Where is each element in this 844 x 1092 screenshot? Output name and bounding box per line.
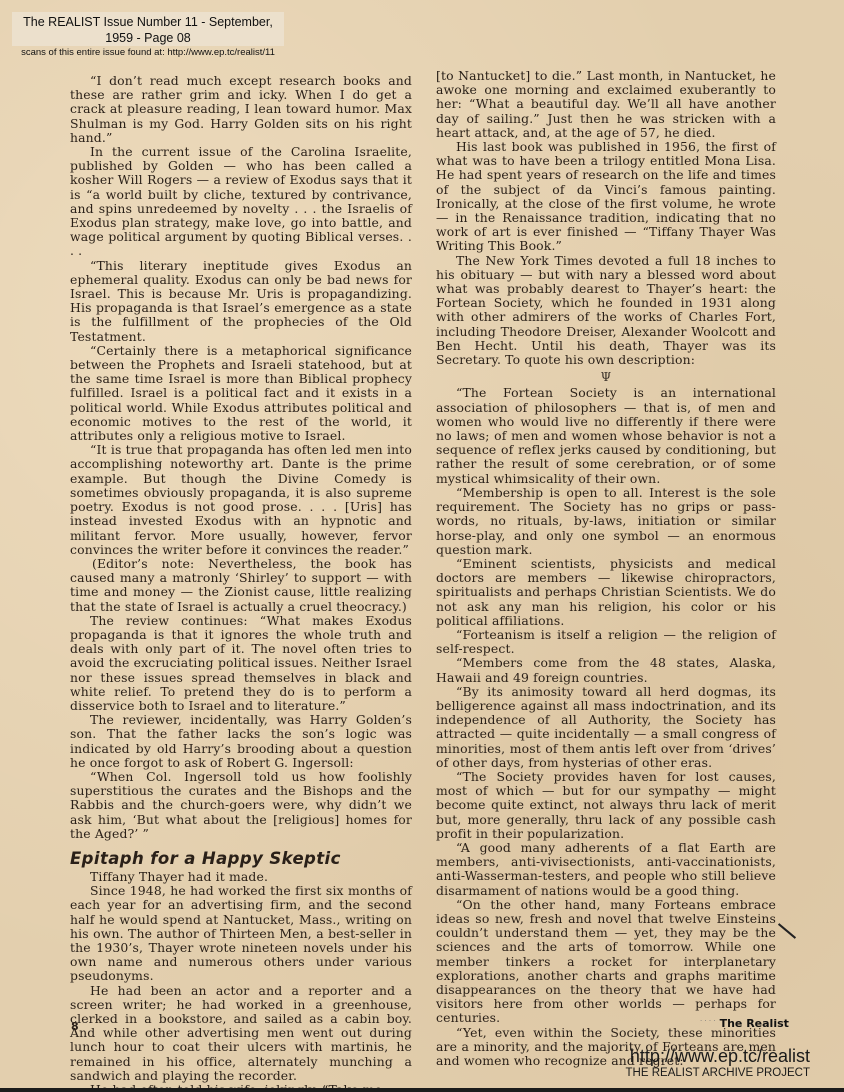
quote-paragraph: “Members come from the 48 states, Alaska… [436, 656, 776, 684]
editors-note: (Editor’s note: Nevertheless, the book h… [70, 557, 412, 614]
archive-subtitle: scans of this entire issue found at: htt… [12, 46, 284, 59]
paragraph: Tiffany Thayer had it made. [70, 870, 412, 884]
quote-paragraph: “Membership is open to all. Interest is … [436, 486, 776, 557]
quote-paragraph: “The Society provides haven for lost cau… [436, 770, 776, 841]
right-column: [to Nantucket] to die.” Last month, in N… [436, 69, 776, 1068]
paragraph: “It is true that propaganda has often le… [70, 443, 412, 557]
quote-paragraph: “Eminent scientists, physicists and medi… [436, 557, 776, 628]
paragraph: His last book was published in 1956, the… [436, 140, 776, 254]
paragraph: “Certainly there is a metaphorical signi… [70, 344, 412, 443]
quote-paragraph: “Forteanism is itself a religion — the r… [436, 628, 776, 656]
quote-paragraph: “By its animosity toward all herd dogmas… [436, 685, 776, 770]
paragraph: “I don’t read much except research books… [70, 74, 412, 145]
archive-project-label: THE REALIST ARCHIVE PROJECT [626, 1066, 810, 1080]
paragraph: The review continues: “What makes Exodus… [70, 614, 412, 713]
paragraph: In the current issue of the Carolina Isr… [70, 145, 412, 259]
pen-mark [778, 923, 796, 939]
paragraph: Since 1948, he had worked the first six … [70, 884, 412, 983]
paragraph: He had been an actor and a reporter and … [70, 984, 412, 1083]
archive-title: The REALIST Issue Number 11 - September,… [12, 14, 284, 46]
quote-paragraph: “The Fortean Society is an international… [436, 386, 776, 485]
page-number: 8 [71, 1020, 79, 1033]
section-heading: Epitaph for a Happy Skeptic [70, 849, 412, 869]
archive-header: The REALIST Issue Number 11 - September,… [12, 12, 284, 46]
footer-masthead: The Realist [700, 1017, 789, 1030]
psi-divider-icon: Ψ [436, 370, 776, 384]
paragraph: “When Col. Ingersoll told us how foolish… [70, 770, 412, 841]
left-column: “I don’t read much except research books… [70, 74, 412, 1092]
archive-url-link[interactable]: http://www.ep.tc/realist [626, 1046, 810, 1066]
paragraph: The New York Times devoted a full 18 inc… [436, 254, 776, 368]
quote-paragraph: “On the other hand, many Forteans embrac… [436, 898, 776, 1026]
paragraph: [to Nantucket] to die.” Last month, in N… [436, 69, 776, 140]
bottom-rule [0, 1088, 844, 1092]
quote-paragraph: “A good many adherents of a flat Earth a… [436, 841, 776, 898]
archive-footer: http://www.ep.tc/realist THE REALIST ARC… [626, 1046, 810, 1080]
paragraph: The reviewer, incidentally, was Harry Go… [70, 713, 412, 770]
paragraph: “This literary ineptitude gives Exodus a… [70, 259, 412, 344]
